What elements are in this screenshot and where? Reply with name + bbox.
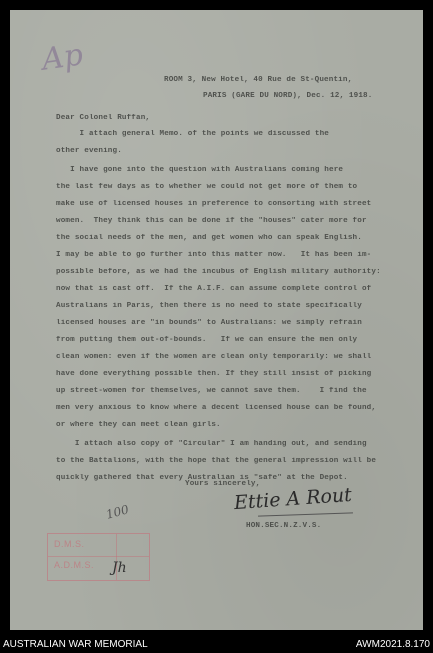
stamp-initial: Jh: [112, 560, 127, 576]
body-line: from putting them out-of-bounds. If we c…: [56, 336, 357, 344]
body-line: possible before, as we had the incubus o…: [56, 268, 381, 276]
office-stamp: D.M.S. A.D.M.S.: [47, 533, 150, 581]
body-line: Australians in Paris, then there is no n…: [56, 302, 362, 310]
body-line: or where they can meet clean girls.: [56, 421, 221, 429]
body-line: have done everything possible then. If t…: [56, 370, 371, 378]
body-line: I attach general Memo. of the points we …: [56, 130, 329, 138]
address-line-1: ROOM 3, New Hotel, 40 Rue de St-Quentin,: [164, 76, 352, 84]
body-line: to the Battalions, with the hope that th…: [56, 457, 376, 465]
body-line: other evening.: [56, 147, 122, 155]
body-line: now that is cast off. If the A.I.F. can …: [56, 285, 371, 293]
body-line: I may be able to go further into this ma…: [56, 251, 371, 259]
stamp-divider: [48, 556, 149, 557]
body-line: up street-women for themselves, we canno…: [56, 387, 367, 395]
handwritten-initials: Ap: [40, 37, 85, 77]
footer-institution: AUSTRALIAN WAR MEMORIAL: [3, 639, 148, 650]
body-line: the social needs of the men, and get wom…: [56, 234, 362, 242]
body-line: I attach also copy of "Circular" I am ha…: [56, 440, 367, 448]
body-line: licensed houses are "in bounds" to Austr…: [56, 319, 362, 327]
footer-accession-number: AWM2021.8.170: [356, 639, 430, 650]
signatory-title: HON.SEC.N.Z.V.S.: [246, 522, 321, 530]
closing: Yours sincerely,: [185, 480, 260, 488]
address-line-2: PARIS (GARE DU NORD), Dec. 12, 1918.: [203, 92, 372, 100]
body-line: the last few days as to whether we could…: [56, 183, 357, 191]
salutation: Dear Colonel Ruffan,: [56, 114, 150, 122]
body-line: women. They think this can be done if th…: [56, 217, 367, 225]
stamp-adms: A.D.M.S.: [54, 560, 94, 570]
body-line: men very anxious to know where a decent …: [56, 404, 376, 412]
body-line: make use of licensed houses in preferenc…: [56, 200, 371, 208]
body-line: I have gone into the question with Austr…: [56, 166, 343, 174]
body-line: clean women: even if the women are clean…: [56, 353, 371, 361]
stamp-dms: D.M.S.: [54, 539, 85, 549]
